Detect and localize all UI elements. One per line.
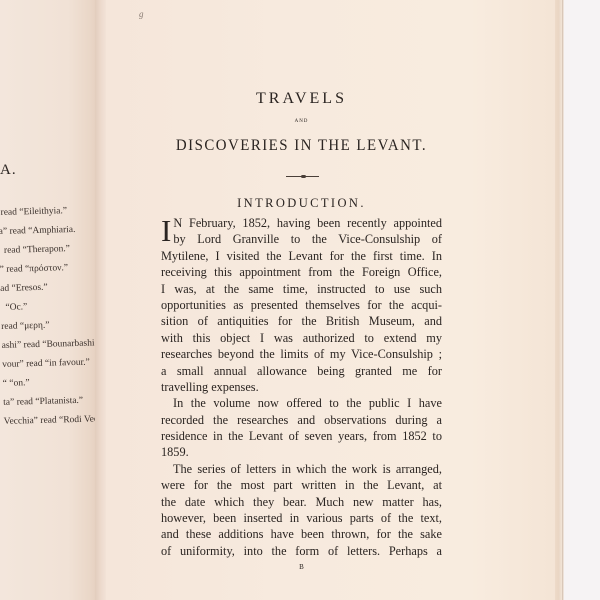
errata-line: a” read “Amphiaria.: [0, 220, 97, 242]
text-line: In the volume now offered to the public …: [161, 395, 442, 411]
errata-line: “ “on.”: [2, 372, 97, 394]
body-text: I N February, 1852, having been recently…: [161, 215, 442, 559]
text-line: opportunities as presented themselves fo…: [161, 297, 442, 313]
text-line: by Lord Granville to the Vice-Consulship…: [161, 231, 442, 247]
paragraph-2: In the volume now offered to the public …: [161, 395, 442, 461]
errata-line: read “Eileithyia.”: [0, 201, 97, 223]
paragraph-1: I N February, 1852, having been recently…: [161, 215, 442, 395]
errata-line: “Oc.”: [0, 296, 97, 318]
text-line: Mytilene, I visited the Levant for the f…: [161, 248, 442, 264]
errata-line: read “Therapon.”: [0, 239, 97, 261]
errata-line: ad “Eresos.”: [0, 277, 97, 299]
errata-line: ta” read “Platanista.”: [3, 391, 97, 413]
text-line: 1859.: [161, 444, 442, 460]
text-line: a small annual allowance being granted m…: [161, 363, 442, 379]
signature-mark: B: [161, 563, 442, 571]
text-line: the date which they bear. Much new matte…: [161, 494, 442, 510]
text-line: researches beyond the limits of my Vice-…: [161, 346, 442, 362]
paragraph-3: The series of letters in which the work …: [161, 461, 442, 559]
errata-line: read “μερη.”: [1, 315, 97, 337]
errata-heading-fragment: A.: [0, 162, 17, 179]
title-and: AND: [161, 119, 442, 124]
text-line: I was, at the same time, instructed to u…: [161, 281, 442, 297]
text-line: recorded the researches and observations…: [161, 412, 442, 428]
text-line: sition of antiquities for the British Mu…: [161, 313, 442, 329]
page-edge-line: [562, 0, 563, 600]
errata-line: ” read “πρόστον.”: [0, 258, 97, 280]
text-line: however, been inserted in various parts …: [161, 510, 442, 526]
text-line: N February, 1852, having been recently a…: [161, 215, 442, 231]
section-heading: INTRODUCTION.: [161, 196, 442, 211]
margin-mark: g: [139, 9, 144, 19]
errata-line: vour” read “in favour.”: [2, 353, 97, 375]
ornament-divider-icon: [286, 175, 319, 178]
errata-list: read “Eileithyia.” a” read “Amphiaria. r…: [0, 201, 97, 432]
text-line: residence in the Levant of seven years, …: [161, 428, 442, 444]
text-line: receiving this appointment from the Fore…: [161, 264, 442, 280]
text-line: The series of letters in which the work …: [161, 461, 442, 477]
text-line: and these additions have been thrown, fo…: [161, 526, 442, 542]
drop-cap: I: [161, 217, 171, 247]
errata-line: Vecchia” read “Rodi Vecchia.”: [3, 410, 97, 432]
text-line: with this object I was authorized to ext…: [161, 330, 442, 346]
text-line: were for the most part written in the Le…: [161, 477, 442, 493]
left-page: A. read “Eileithyia.” a” read “Amphiaria…: [0, 0, 97, 600]
errata-line: ashi” read “Bounarbashi.”: [1, 334, 97, 356]
title-line-1: TRAVELS: [161, 90, 442, 108]
title-line-2: DISCOVERIES IN THE LEVANT.: [168, 137, 435, 155]
text-line: travelling expenses.: [161, 379, 442, 395]
text-line: of uniformity, into the form of letters.…: [161, 543, 442, 559]
